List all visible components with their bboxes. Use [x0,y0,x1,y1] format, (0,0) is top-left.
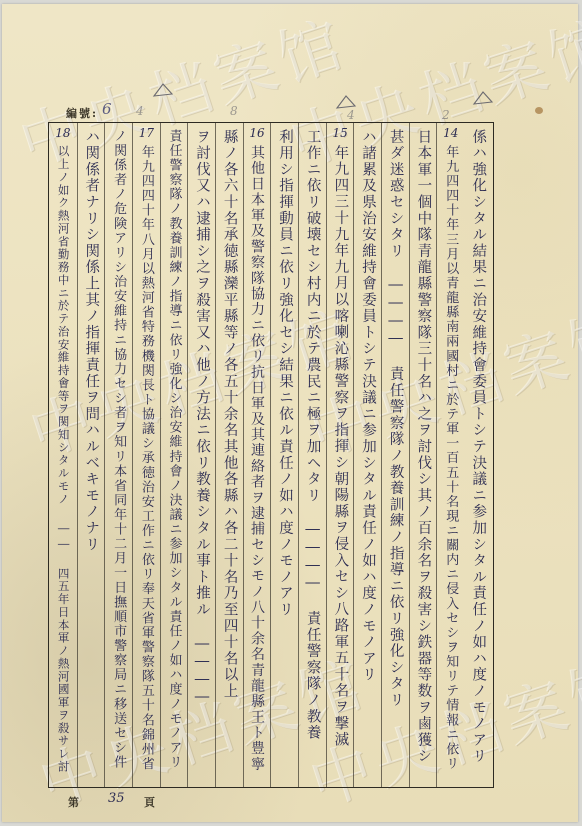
page-number: 35 [108,791,125,806]
text-column: 利用シ指揮動員ニ依リ強化セシ結果ニ依ル責任ノ如ハ度ノモノアリ [270,123,298,787]
pencil-mark: 8 [230,104,238,118]
handwritten-text: 以上ノ如ク熱河省勤務中ニ於テ治安維持會等ヲ関知シタルモノ ―― 四五年日本軍ノ熱… [57,145,69,773]
item-number: 15 [332,126,347,140]
serial-label: 編號: [66,105,98,121]
text-column: 日本軍一個中隊青龍縣警察隊三十名ハ之ヲ討伐シ其ノ百余名ヲ殺害シ鉄器等数ヲ鹵獲シ [409,123,437,787]
handwritten-text: ノ関係者ノ危険アリシ治安維持ニ協力セシ者ヲ知リ本省同年十二月一日撫順市警察局ニ移… [112,129,125,770]
text-column: 甚ダ迷惑セシタリ ―――― 責任警察隊ノ教養訓練ノ指導ニ依リ強化シタリ [381,123,409,787]
text-column: 係ハ強化シタル結果ニ治安維持會委員トシテ決議ニ参加シタル責任ノ如ハ度ノモノアリ [464,123,492,787]
text-column: ノ関係者ノ危険アリシ治安維持ニ協力セシ者ヲ知リ本省同年十二月一日撫順市警察局ニ移… [104,123,132,787]
handwritten-text: 工作ニ依リ破壊セシ村内ニ於テ農民ニ極ヲ加ヘタリ ―――― 責任警察隊ノ教養 [305,129,320,741]
handwritten-text: 年九四四十年八月以熱河省特務機関長ト協議シ承徳治安工作ニ依リ奉天省軍警察隊五十名… [140,145,153,771]
handwritten-text: 年九四三十九年九月以喀喇沁縣警察ヲ指揮シ朝陽縣ヲ侵入セシ八路軍五十名ヲ撃滅 [333,145,348,748]
item-number: 14 [443,126,458,140]
text-column: 14年九四四十年三月以青龍縣南兩國村ニ於テ軍一百五十名現ニ關内ニ侵入セシヲ知リテ… [436,123,464,787]
handwritten-text: ハ諸累及県治安維持會委員トシテ決議ニ参加シタル責任ノ如ハ度ノモノアリ [361,129,376,683]
text-column: 工作ニ依リ破壊セシ村内ニ於テ農民ニ極ヲ加ヘタリ ―――― 責任警察隊ノ教養 [298,123,326,787]
text-column: 15年九四三十九年九月以喀喇沁縣警察ヲ指揮シ朝陽縣ヲ侵入セシ八路軍五十名ヲ撃滅 [326,123,354,787]
text-column: 17年九四四十年八月以熱河省特務機関長ト協議シ承徳治安工作ニ依リ奉天省軍警察隊五… [132,123,160,787]
paper-stain [535,107,543,114]
pencil-mark: 4 [136,104,144,118]
text-column: 16其他日本軍及警察隊協力ニ依リ抗日軍及其連絡者ヲ逮捕セシモノ八十余名青龍縣王ト… [243,123,271,787]
handwritten-text: ハ関係者ナリシ関係上其ノ指揮責任ヲ問ハルベキモノナリ [84,129,99,553]
item-number: 18 [55,126,70,140]
page-footer: 第 35 頁 [68,794,79,810]
handwritten-text: 日本軍一個中隊青龍縣警察隊三十名ハ之ヲ討伐シ其ノ百余名ヲ殺害シ鉄器等数ヲ鹵獲シ [416,129,431,765]
ruled-writing-grid: 係ハ強化シタル結果ニ治安維持會委員トシテ決議ニ参加シタル責任ノ如ハ度ノモノアリ1… [48,122,494,788]
text-column: ヲ討伐又ハ逮捕シ之ヲ殺害又ハ他ノ方法ニ依リ教養シタル事ト推ル ―――― [187,123,215,787]
handwritten-text: 年九四四十年三月以青龍縣南兩國村ニ於テ軍一百五十名現ニ關内ニ侵入セシヲ知リテ情報… [444,145,457,771]
document-page: 中央档案馆 中央档案馆 中央档案馆 中央档案馆 中央档案馆 中央档案馆 編號: … [2,4,578,822]
pencil-mark: 2 [442,108,450,122]
handwritten-text: 利用シ指揮動員ニ依リ強化セシ結果ニ依ル責任ノ如ハ度ノモノアリ [277,129,292,618]
page-suffix: 頁 [144,794,155,810]
handwritten-text: ヲ討伐又ハ逮捕シ之ヲ殺害又ハ他ノ方法ニ依リ教養シタル事ト推ル ―――― [194,129,209,707]
pencil-mark: 4 [347,108,355,122]
handwritten-text: 係ハ強化シタル結果ニ治安維持會委員トシテ決議ニ参加シタル責任ノ如ハ度ノモノアリ [471,129,486,765]
item-number: 17 [139,126,154,140]
text-column: 縣ノ各六十名承徳縣灤平縣等ノ各五十余名其他各縣ハ各二十名乃至四十名以上 [215,123,243,787]
text-column: ハ関係者ナリシ関係上其ノ指揮責任ヲ問ハルベキモノナリ [77,123,105,787]
page-prefix: 第 [68,796,79,809]
text-column: 責任警察隊ノ教養訓練ノ指導ニ依リ強化シ治安維持會ノ決議ニ参加シタル責任ノ如ハ度ノ… [160,123,188,787]
handwritten-text: 甚ダ迷惑セシタリ ―――― 責任警察隊ノ教養訓練ノ指導ニ依リ強化シタリ [388,129,403,709]
text-column: 18以上ノ如ク熱河省勤務中ニ於テ治安維持會等ヲ関知シタルモノ ―― 四五年日本軍… [49,123,77,787]
serial-value: 6 [102,100,112,118]
text-column: ハ諸累及県治安維持會委員トシテ決議ニ参加シタル責任ノ如ハ度ノモノアリ [353,123,381,787]
handwritten-text: 縣ノ各六十名承徳縣灤平縣等ノ各五十余名其他各縣ハ各二十名乃至四十名以上 [222,129,237,700]
handwritten-text: 其他日本軍及警察隊協力ニ依リ抗日軍及其連絡者ヲ逮捕セシモノ八十余名青龍縣王ト豊寧 [250,145,264,772]
handwritten-text: 責任警察隊ノ教養訓練ノ指導ニ依リ強化シ治安維持會ノ決議ニ参加シタル責任ノ如ハ度ノ… [168,129,181,770]
item-number: 16 [249,126,264,140]
